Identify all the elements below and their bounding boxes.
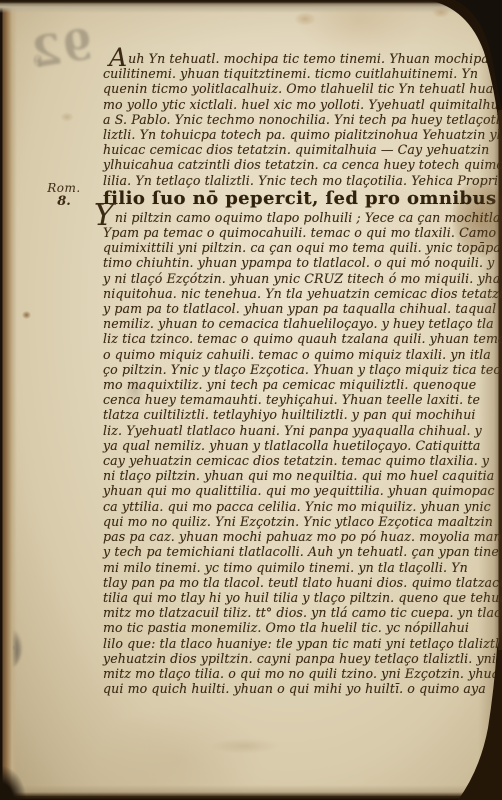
manuscript-line: Yni piltzin camo oquimo tlapo polhuili ;… xyxy=(103,209,502,225)
manuscript-line: ya qual nemiliz. yhuan y tlatlacolla hue… xyxy=(103,438,502,453)
manuscript-line: quimixittili yni piltzin. ca çan oqui mo… xyxy=(103,240,502,255)
manuscript-line: cay yehuatzin cemicac dios tetatzin. tem… xyxy=(103,453,502,468)
manuscript-line: pas pa caz. yhuan mochi pahuaz mo po pó … xyxy=(103,529,502,544)
text-block: Auh Yn tehuatl. mochipa tic temo tinemi.… xyxy=(103,51,502,696)
manuscript-line: mitz mo tlaço tilia. o qui mo no quili t… xyxy=(103,666,502,681)
manuscript-line: mo maquixtiliz. yni tech pa cemicac miqu… xyxy=(103,377,502,392)
manuscript-line: yhuan qui mo qualittilia. qui mo yequitt… xyxy=(103,483,502,498)
manuscript-line: y tech pa temichiani tlatlacolli. Auh yn… xyxy=(103,544,502,559)
manuscript-line: ço piltzin. Ynic y tlaço Ezçotica. Yhuan… xyxy=(103,362,502,377)
manuscript-line: Ypam pa temac o quimocahuili. temac o qu… xyxy=(103,225,502,240)
manuscript-line: mitz mo tlatzacuil tiliz. tt° dios. yn t… xyxy=(103,605,502,620)
manuscript-line: y pam pa to tlatlacol. yhuan ypan pa taq… xyxy=(103,301,502,316)
manuscript-line: y ni tlaçó Ezçótzin. yhuan ynic CRUZ tit… xyxy=(103,271,502,286)
manuscript-line: yehuatzin dios ypiltzin. cayni panpa hue… xyxy=(103,651,502,666)
initial-capital: A xyxy=(109,54,127,62)
manuscript-line: liztli. Yn tohuicpa totech pa. quimo pia… xyxy=(103,127,502,142)
manuscript-line: cenca huey temamauhti. teyhiçahui. Yhuan… xyxy=(103,392,502,407)
ink-blot-dot xyxy=(9,645,14,650)
manuscript-line: liz tica tzinco. temac o quimo quauh tza… xyxy=(103,331,502,346)
manuscript-line: Auh Yn tehuatl. mochipa tic temo tinemi.… xyxy=(103,51,502,66)
manuscript-line: lilo que: tla tlaco huaniye: tle ypan ti… xyxy=(103,636,502,651)
showthrough-small-mark: 9 xyxy=(33,52,43,70)
manuscript-line: o quimo miquiz cahuili. temac o quimo mi… xyxy=(103,347,502,362)
manuscript-line: ylhuicahua catzintli dios tetatzin. ca c… xyxy=(103,157,502,172)
latin-quote-line: filio ſuo nō pepercit, ſed pro omnibus t… xyxy=(103,188,502,209)
manuscript-line: qui mo no quiliz. Yni Ezçotzin. Ynic ytl… xyxy=(103,514,502,529)
manuscript-line: lilia. Yn tetlaço tlaliztli. Ynic tech m… xyxy=(103,173,502,188)
manuscript-line: mo yollo ytic xictlali. huel xic mo yoll… xyxy=(103,97,502,112)
manuscript-line: ca yttilia. qui mo pacca celilia. Ynic m… xyxy=(103,499,502,514)
manuscript-line: tilia qui mo tlay hi yo huil tilia y tla… xyxy=(103,590,502,605)
manuscript-line: quenin ticmo yolitlacalhuiz. Omo tlahuel… xyxy=(103,81,502,96)
manuscript-line: cuilitinemi. yhuan tiquitztinemi. ticmo … xyxy=(103,66,502,81)
manuscript-line: mo tic pastia monemiliz. Omo tla huelil … xyxy=(103,620,502,635)
manuscript-line: nemiliz. yhuan to cemacica tlahueliloçay… xyxy=(103,316,502,331)
margin-citation-chapter: 8. xyxy=(38,194,90,209)
manuscript-line: niquitohua. nic tenehua. Yn tla yehuatzi… xyxy=(103,286,502,301)
manuscript-line: qui mo quich huilti. yhuan o qui mihi yo… xyxy=(103,681,502,696)
manuscript-scan: { "manuscript": { "kind": "handwritten c… xyxy=(0,0,502,800)
manuscript-line: tlay pan pa mo tla tlacol. teutl tlato h… xyxy=(103,575,502,590)
initial-capital: Y xyxy=(94,212,114,220)
manuscript-line: liz. Yyehuatl tlatlaco huani. Yni panpa … xyxy=(103,423,502,438)
manuscript-line: a S. Pablo. Ynic techmo nonochilia. Yni … xyxy=(103,112,502,127)
margin-citation: Rom. 8. xyxy=(38,181,90,209)
manuscript-line: ni tlaço piltzin. yhuan qui mo nequiltia… xyxy=(103,468,502,483)
manuscript-line: timo chiuhtin. yhuan ypampa to tlatlacol… xyxy=(103,255,502,270)
manuscript-line: huicac cemicac dios tetatzin. quimitalhu… xyxy=(103,142,502,157)
manuscript-line: tlatza cuiltiliztli. tetlayhiyo huiltili… xyxy=(103,407,502,422)
manuscript-line: mi milo tinemi. yc timo quimilo tinemi. … xyxy=(103,560,502,575)
margin-citation-book: Rom. xyxy=(38,181,90,195)
